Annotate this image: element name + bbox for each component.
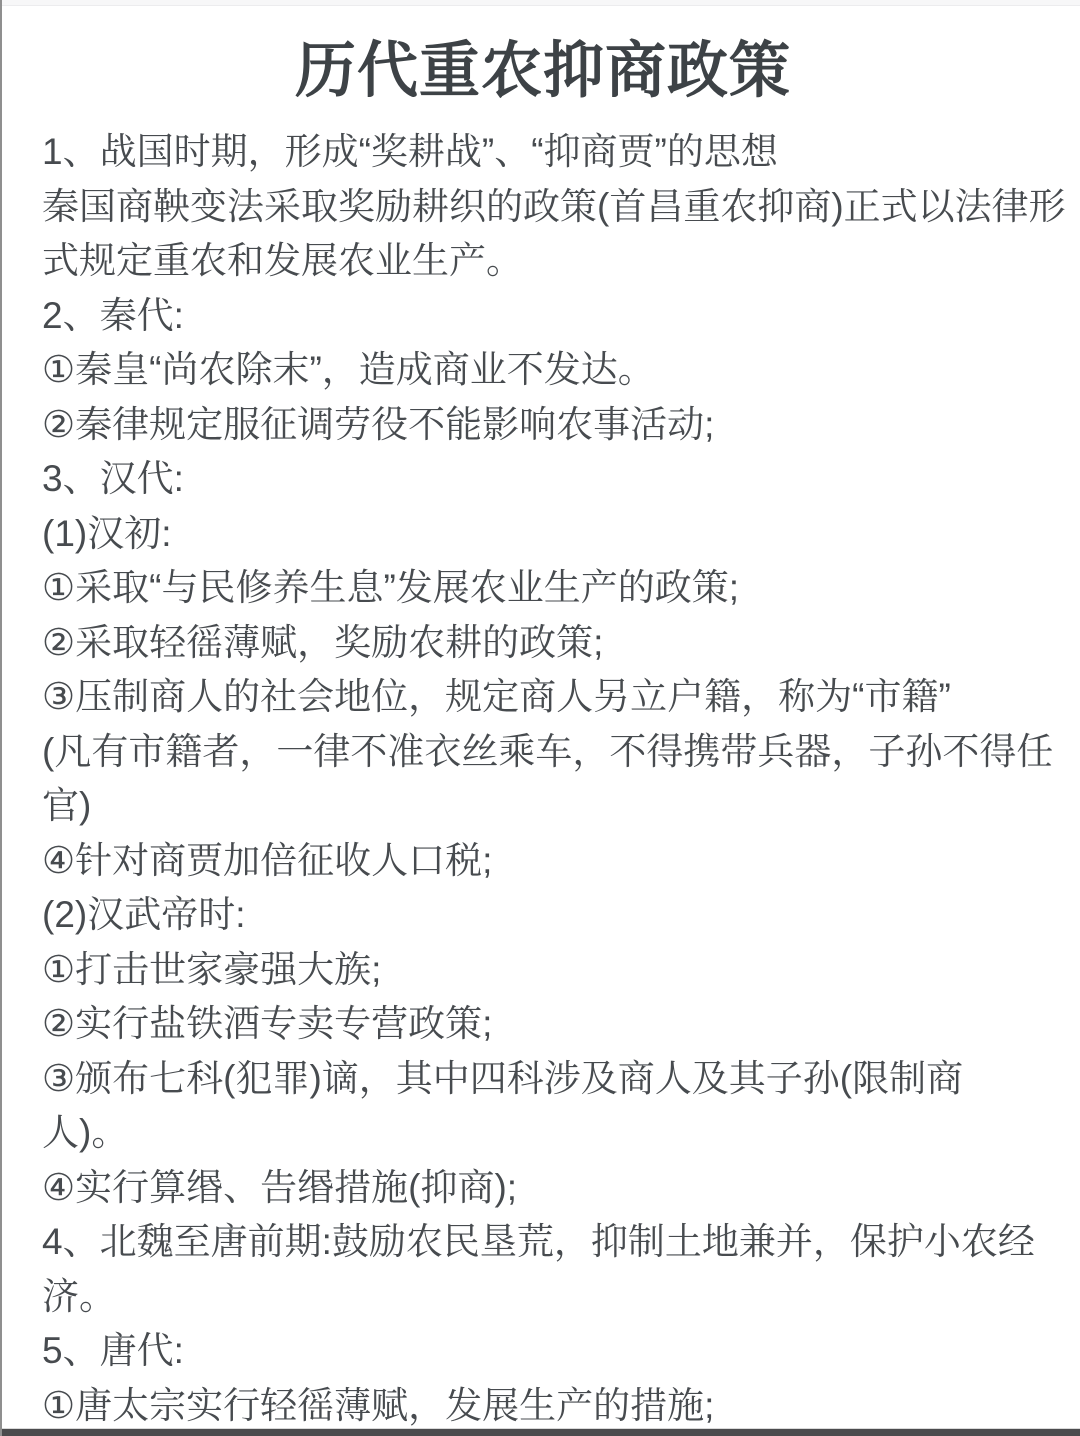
page-title: 历代重农抑商政策 <box>42 0 1044 110</box>
text-line: 人)。 <box>42 1106 1044 1161</box>
text-line: 2、秦代: <box>42 289 1044 344</box>
text-line: 4、北魏至唐前期:鼓励农民垦荒，抑制土地兼并，保护小农经 <box>42 1215 1044 1270</box>
text-line: ①采取“与民修养生息”发展农业生产的政策; <box>42 561 1044 616</box>
text-line: (2)汉武帝时: <box>42 888 1044 943</box>
text-line: ①秦皇“尚农除末”，造成商业不发达。 <box>42 343 1044 398</box>
text-line: 官) <box>42 779 1044 834</box>
text-line: (1)汉初: <box>42 507 1044 562</box>
text-line: ④实行算缗、告缗措施(抑商); <box>42 1161 1044 1216</box>
text-line: ③压制商人的社会地位，规定商人另立户籍，称为“市籍” <box>42 670 1044 725</box>
text-line: ①打击世家豪强大族; <box>42 943 1044 998</box>
left-border-line <box>0 0 2 1436</box>
text-line: (凡有市籍者，一律不准衣丝乘车，不得携带兵器，子孙不得任 <box>42 725 1044 780</box>
bottom-edge-strip <box>0 1428 1080 1436</box>
text-line: ②实行盐铁酒专卖专营政策; <box>42 997 1044 1052</box>
text-line: ①唐太宗实行轻徭薄赋，发展生产的措施; <box>42 1379 1044 1434</box>
text-line: 5、唐代: <box>42 1324 1044 1379</box>
text-line: ④针对商贾加倍征收人口税; <box>42 834 1044 889</box>
text-line: ②秦律规定服征调劳役不能影响农事活动; <box>42 398 1044 453</box>
text-line: 济。 <box>42 1270 1044 1325</box>
text-line: ③颁布七科(犯罪)谪，其中四科涉及商人及其子孙(限制商 <box>42 1052 1044 1107</box>
text-line: 秦国商鞅变法采取奖励耕织的政策(首昌重农抑商)正式以法律形 <box>42 180 1044 235</box>
document-page: 历代重农抑商政策 1、战国时期，形成“奖耕战”、“抑商贾”的思想秦国商鞅变法采取… <box>0 0 1080 1433</box>
document-body: 1、战国时期，形成“奖耕战”、“抑商贾”的思想秦国商鞅变法采取奖励耕织的政策(首… <box>42 125 1044 1433</box>
text-line: ②采取轻徭薄赋，奖励农耕的政策; <box>42 616 1044 671</box>
text-line: 式规定重农和发展农业生产。 <box>42 234 1044 289</box>
text-line: 1、战国时期，形成“奖耕战”、“抑商贾”的思想 <box>42 125 1044 180</box>
text-line: 3、汉代: <box>42 452 1044 507</box>
